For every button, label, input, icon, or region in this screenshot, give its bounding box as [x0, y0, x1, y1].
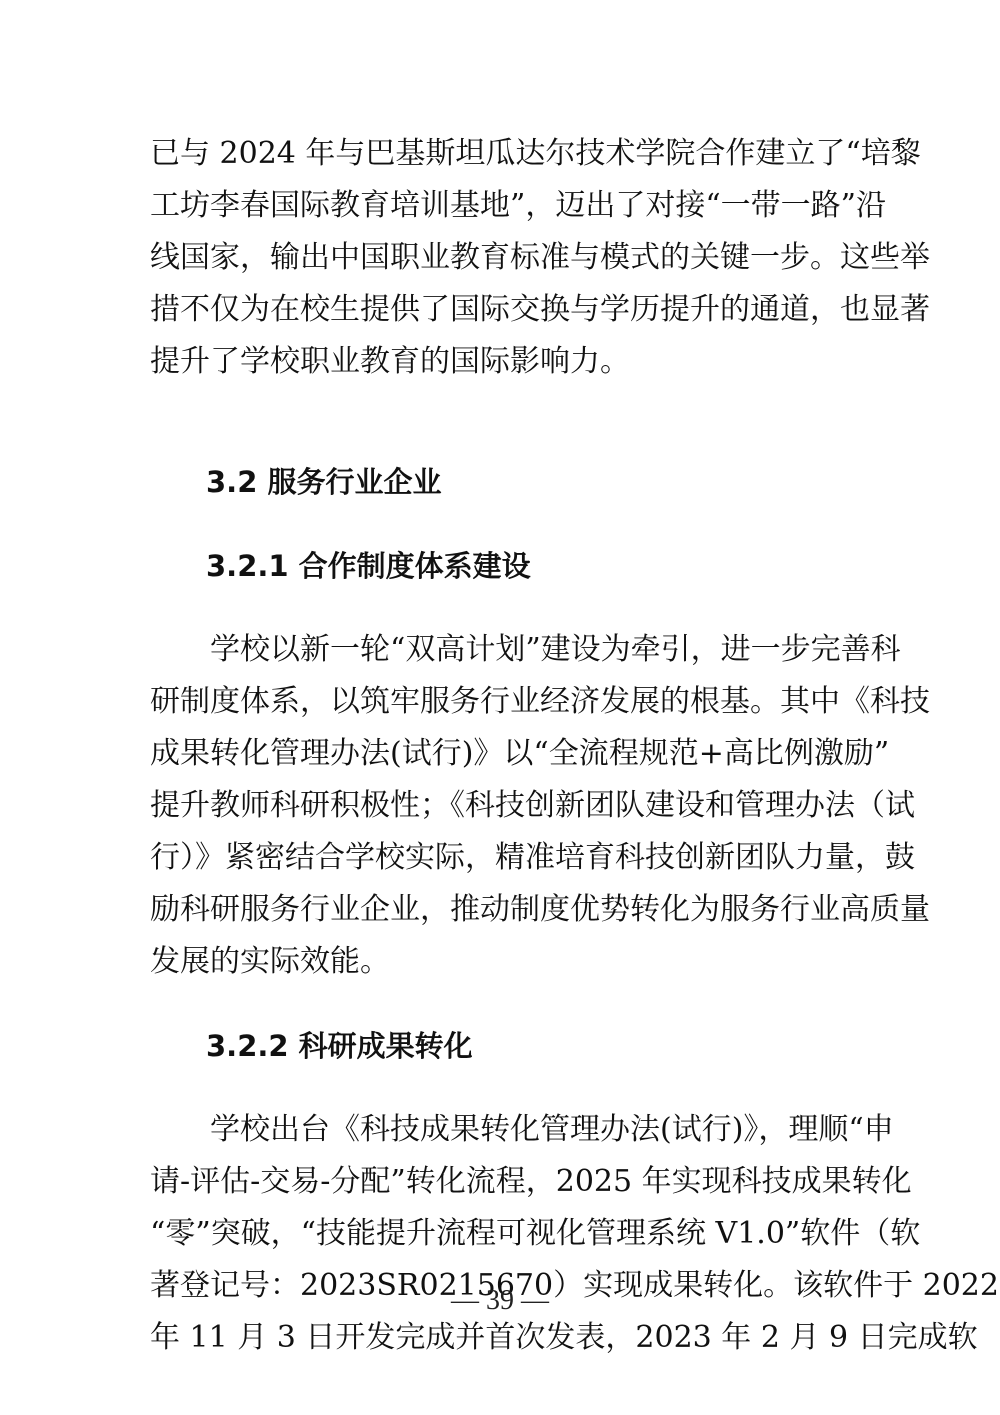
- paragraph-line: 线国家，输出中国职业教育标准与模式的关键一步。这些举: [150, 232, 852, 284]
- paragraph-line: 工坊李春国际教育培训基地”，迈出了对接“一带一路”沿: [150, 180, 852, 232]
- spacer: [150, 388, 852, 440]
- paragraph-line: 成果转化管理办法(试行)》以“全流程规范+高比例激励”: [150, 728, 852, 780]
- paragraph-line: 励科研服务行业企业，推动制度优势转化为服务行业高质量: [150, 884, 852, 936]
- spacer: [150, 1088, 852, 1104]
- section-3-2-2-paragraph: 学校出台《科技成果转化管理办法(试行)》，理顺“申 请-评估-交易-分配”转化流…: [150, 1104, 852, 1364]
- section-heading-3-2-1: 3.2.1 合作制度体系建设: [150, 540, 852, 592]
- spacer: [150, 988, 852, 1004]
- section-heading-3-2: 3.2 服务行业企业: [150, 456, 852, 508]
- paragraph-line: “零”突破，“技能提升流程可视化管理系统 V1.0”软件（软: [150, 1208, 852, 1260]
- section-heading-3-2-2: 3.2.2 科研成果转化: [150, 1020, 852, 1072]
- paragraph-line: 年 11 月 3 日开发完成并首次发表，2023 年 2 月 9 日完成软: [150, 1312, 852, 1364]
- paragraph-line: 学校出台《科技成果转化管理办法(试行)》，理顺“申: [150, 1104, 852, 1156]
- page-number: — 39 —: [0, 1284, 1000, 1318]
- intro-paragraph: 已与 2024 年与巴基斯坦瓜达尔技术学院合作建立了“培黎 工坊李春国际教育培训…: [150, 128, 852, 388]
- spacer: [150, 1072, 852, 1088]
- section-3-2-1-paragraph: 学校以新一轮“双高计划”建设为牵引，进一步完善科 研制度体系，以筑牢服务行业经济…: [150, 624, 852, 988]
- spacer: [150, 608, 852, 624]
- paragraph-line: 研制度体系，以筑牢服务行业经济发展的根基。其中《科技: [150, 676, 852, 728]
- paragraph-line: 措不仅为在校生提供了国际交换与学历提升的通道，也显著: [150, 284, 852, 336]
- spacer: [150, 1004, 852, 1020]
- paragraph-line: 行）》紧密结合学校实际，精准培育科技创新团队力量，鼓: [150, 832, 852, 884]
- paragraph-line: 提升教师科研积极性；《科技创新团队建设和管理办法（试: [150, 780, 852, 832]
- paragraph-line: 已与 2024 年与巴基斯坦瓜达尔技术学院合作建立了“培黎: [150, 128, 852, 180]
- document-page: 已与 2024 年与巴基斯坦瓜达尔技术学院合作建立了“培黎 工坊李春国际教育培训…: [150, 128, 852, 1364]
- paragraph-line: 请-评估-交易-分配”转化流程，2025 年实现科技成果转化: [150, 1156, 852, 1208]
- paragraph-line: 学校以新一轮“双高计划”建设为牵引，进一步完善科: [150, 624, 852, 676]
- spacer: [150, 524, 852, 540]
- spacer: [150, 508, 852, 524]
- spacer: [150, 440, 852, 456]
- spacer: [150, 592, 852, 608]
- paragraph-line: 提升了学校职业教育的国际影响力。: [150, 336, 852, 388]
- paragraph-line: 发展的实际效能。: [150, 936, 852, 988]
